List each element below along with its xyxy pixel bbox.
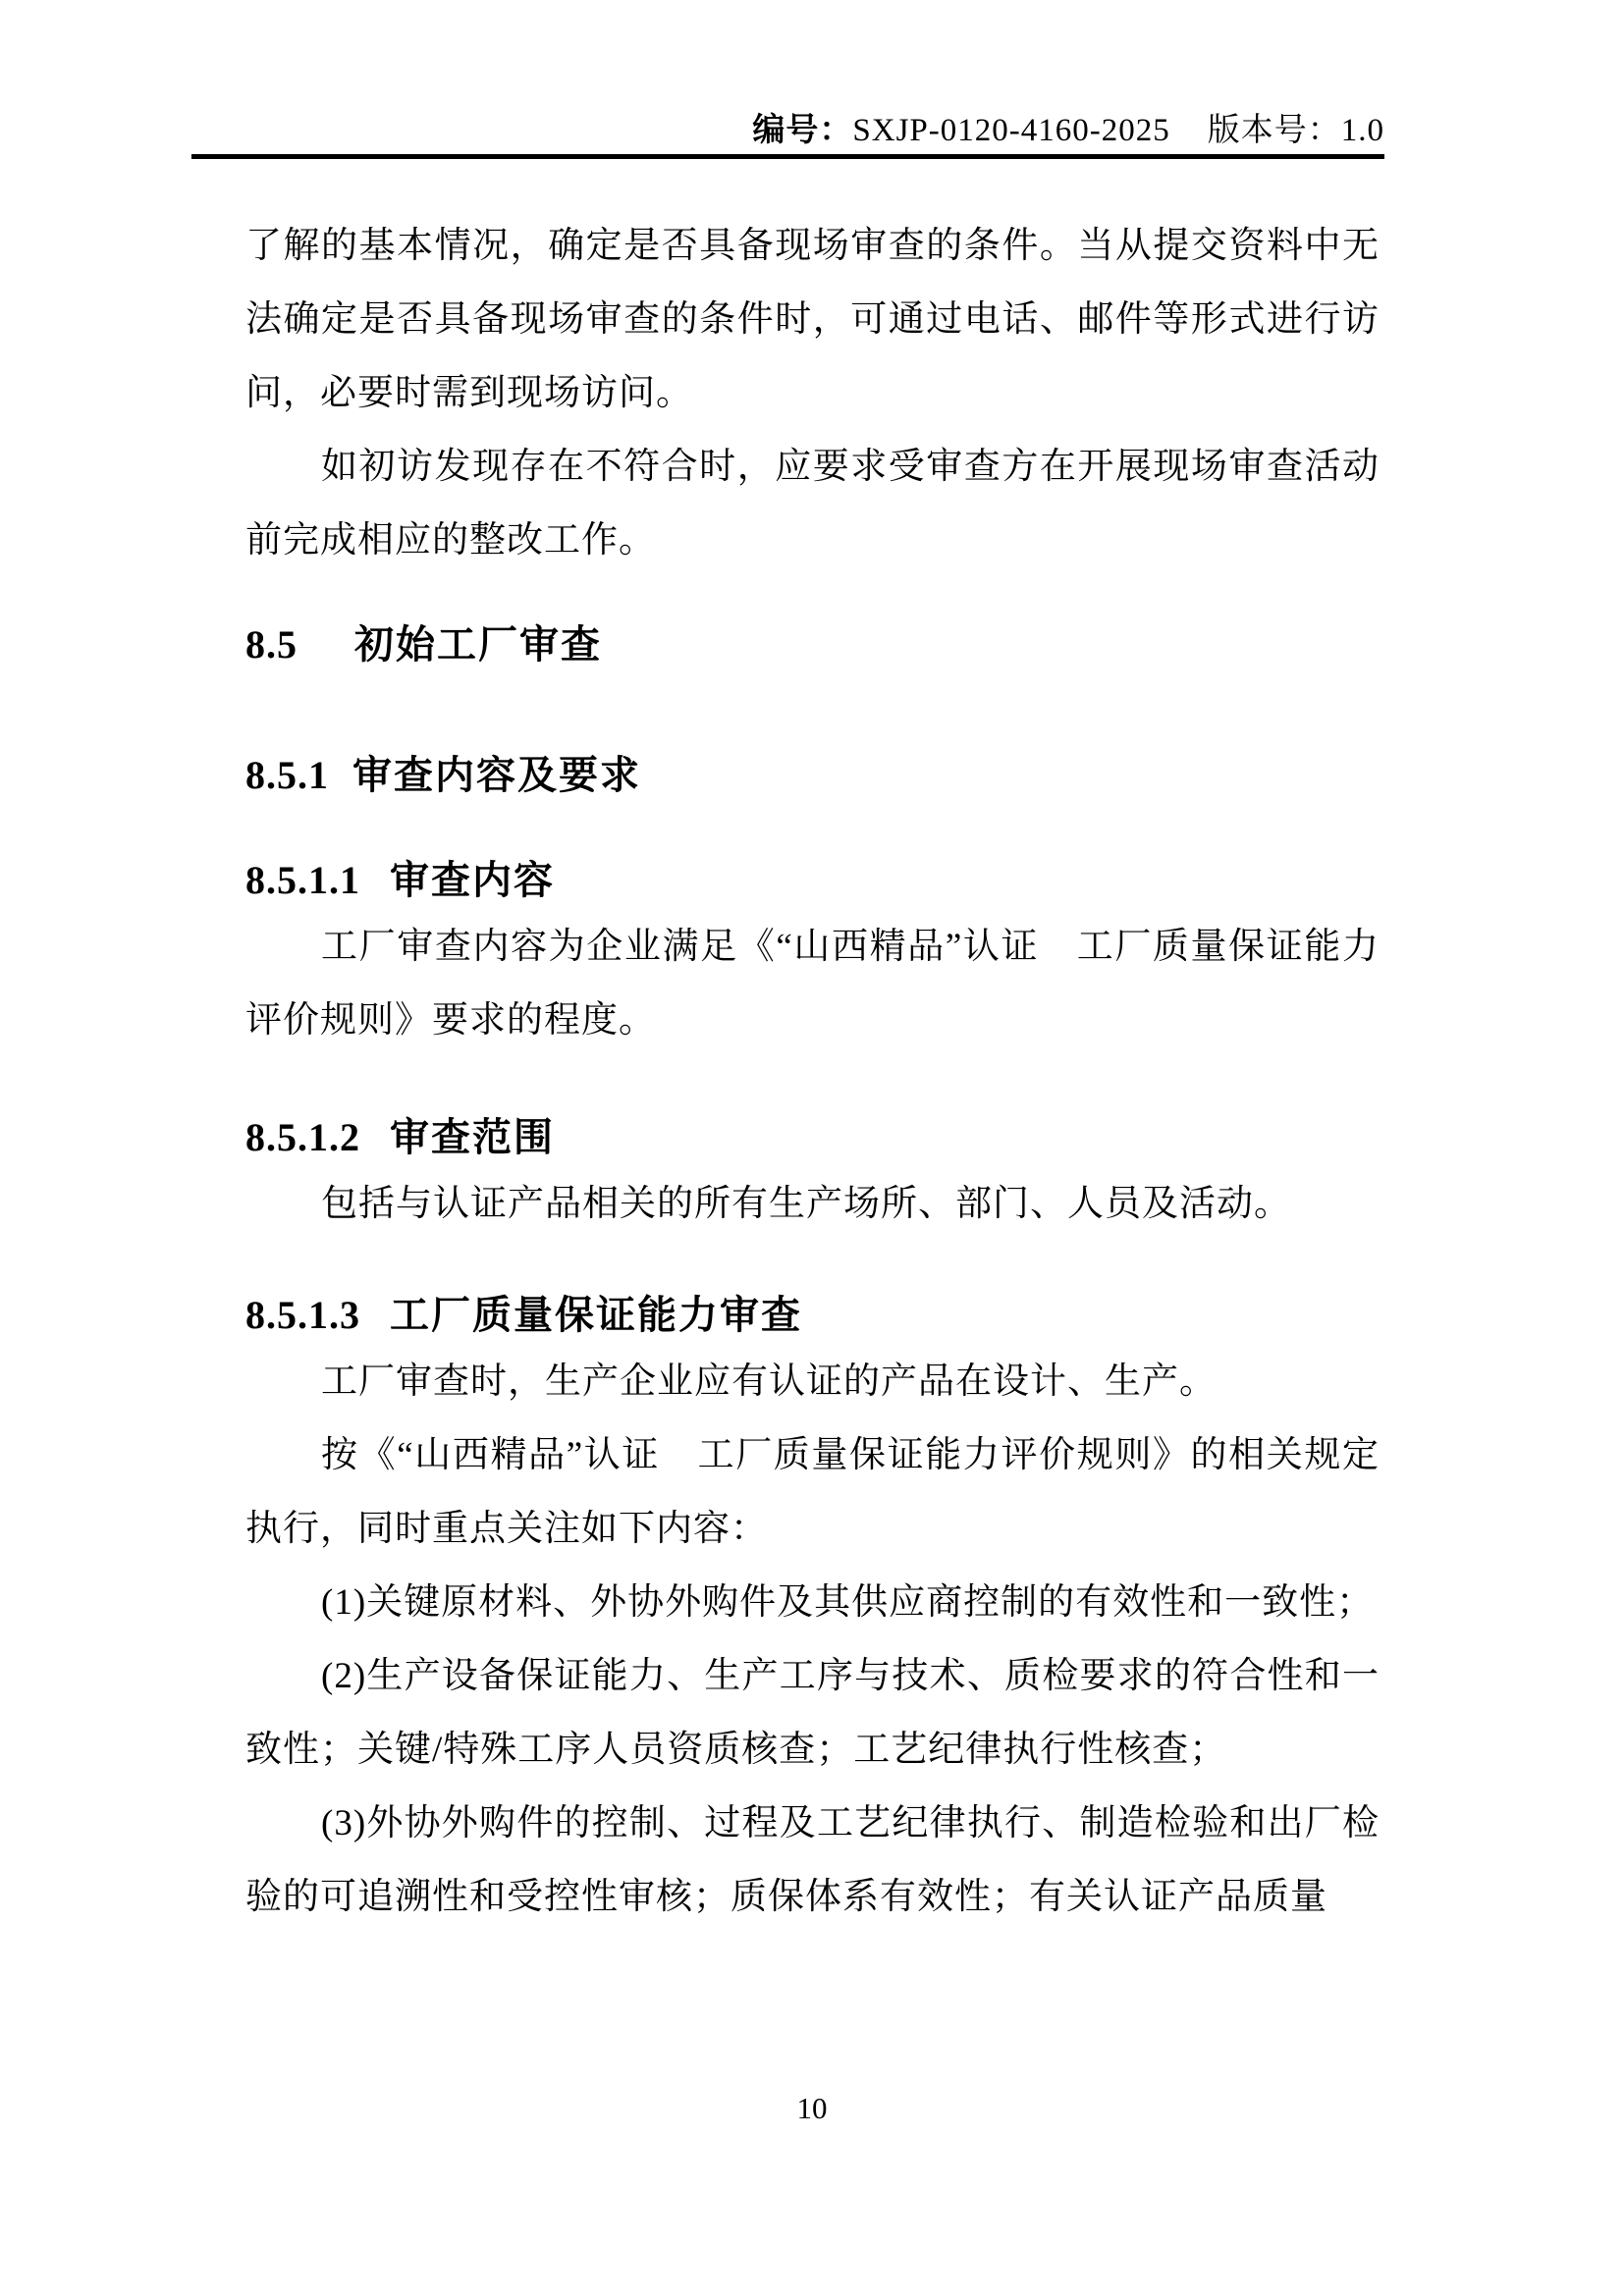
document-page: 编号：SXJP-0120-4160-2025版本号：1.0 了解的基本情况，确定… (0, 0, 1624, 2296)
doc-number: SXJP-0120-4160-2025 (852, 113, 1169, 148)
para-factory-audit-rules: 按《“山西精品”认证 工厂质量保证能力评价规则》的相关规定执行，同时重点关注如下… (245, 1418, 1380, 1566)
heading-8-5-1-1: 8.5.1.1审查内容 (245, 851, 1380, 910)
doc-number-label: 编号： (752, 113, 852, 148)
heading-title: 审查范围 (390, 1115, 555, 1159)
para-initial-visit: 如初访发现存在不符合时，应要求受审查方在开展现场审查活动前完成相应的整改工作。 (245, 430, 1380, 577)
list-item-1: (1)关键原材料、外协外购件及其供应商控制的有效性和一致性； (245, 1566, 1380, 1639)
heading-number: 8.5.1.2 (245, 1115, 360, 1159)
heading-title: 审查内容 (390, 858, 555, 902)
version-label: 版本号： (1208, 113, 1341, 148)
page-footer: 10 (0, 2089, 1624, 2128)
heading-number: 8.5.1 (245, 753, 329, 797)
heading-title: 初始工厂审查 (354, 622, 602, 667)
heading-8-5-1-3: 8.5.1.3工厂质量保证能力审查 (245, 1286, 1380, 1345)
document-body: 了解的基本情况，确定是否具备现场审查的条件。当从提交资料中无法确定是否具备现场审… (245, 209, 1380, 1934)
para-intro-continuation: 了解的基本情况，确定是否具备现场审查的条件。当从提交资料中无法确定是否具备现场审… (245, 209, 1380, 430)
para-factory-audit-production: 工厂审查时，生产企业应有认证的产品在设计、生产。 (245, 1345, 1380, 1418)
page-number: 10 (797, 2091, 828, 2125)
para-audit-content: 工厂审查内容为企业满足《“山西精品”认证 工厂质量保证能力评价规则》要求的程度。 (245, 910, 1380, 1057)
heading-8-5-1: 8.5.1审查内容及要求 (245, 746, 1380, 805)
heading-8-5: 8.5初始工厂审查 (245, 615, 1380, 674)
para-audit-scope: 包括与认证产品相关的所有生产场所、部门、人员及活动。 (245, 1167, 1380, 1241)
heading-title: 审查内容及要求 (352, 753, 641, 797)
version-value: 1.0 (1341, 113, 1384, 148)
heading-number: 8.5.1.3 (245, 1293, 360, 1337)
heading-8-5-1-2: 8.5.1.2审查范围 (245, 1108, 1380, 1167)
heading-title: 工厂质量保证能力审查 (390, 1293, 802, 1337)
list-item-2: (2)生产设备保证能力、生产工序与技术、质检要求的符合性和一致性；关键/特殊工序… (245, 1639, 1380, 1787)
header-rule (191, 154, 1384, 159)
list-item-3: (3)外协外购件的控制、过程及工艺纪律执行、制造检验和出厂检验的可追溯性和受控性… (245, 1787, 1380, 1934)
page-header: 编号：SXJP-0120-4160-2025版本号：1.0 (191, 111, 1384, 150)
heading-number: 8.5 (245, 622, 298, 667)
heading-number: 8.5.1.1 (245, 858, 360, 902)
